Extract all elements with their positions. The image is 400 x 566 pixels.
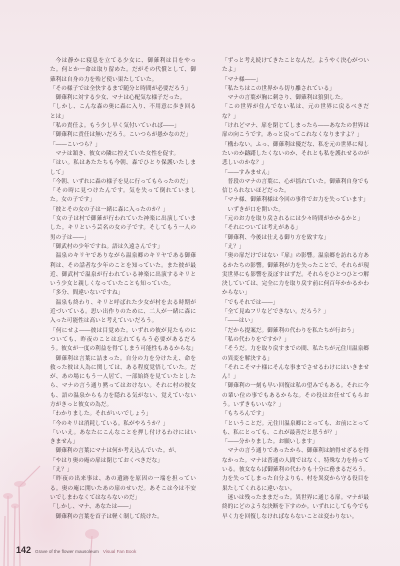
right-text-column: 「ずっと考え続けてきたことなんだ。ようやく決心がついたよ」「マナ様――」「私たち…: [222, 57, 369, 522]
paragraph: 「――すみません」: [222, 169, 369, 178]
paragraph: 「けれどマナ、扉を閉じてしまったら――あなたの世界は扉の向こうです。あっと戻って…: [222, 122, 369, 141]
paragraph: マナの言う通りであったから、御薙利は納得せざるを得なかった。マナは普通の人間では…: [222, 447, 369, 493]
paragraph: 「女の子は村で御薙が行われていた神楽に出演していました。キリという芸名の女の子で…: [50, 215, 196, 243]
paragraph: 「御薙利の一刻も早い回復は私の望みでもある。それに今の輩い位の事でもあるからな。…: [222, 382, 369, 410]
paragraph: 「いいえ。あなたにこんなことを押し付けるわけにはいきません」: [50, 429, 196, 448]
left-text-column: 今は静かに寝息を立てる少女に、御薙利は目をやった。何とか一命は取り留めた。だがそ…: [50, 57, 196, 522]
paragraph: 「ということだ。元住川温泉郷にとっても、お前にとっても、私にとっても、これが最善…: [222, 420, 369, 439]
paragraph: 「御武村の少年ですね。語は久遠さんです」: [50, 243, 196, 252]
paragraph: 「――はい」: [222, 317, 369, 326]
paragraph: 「――分かりました。お願いします」: [222, 438, 369, 447]
paragraph: 「え？」: [222, 243, 369, 252]
paragraph: 今は静かに寝息を立てる少女に、御薙利は目をやった。何とか一命は取り留めた。だがそ…: [50, 57, 196, 85]
paragraph: 「多分、間違いないですね」: [50, 289, 196, 298]
paragraph: 「だから提案だ。御薙利の代わりを私たちが行おう」: [222, 327, 369, 336]
paragraph: 「今のキリは消耗している。私がやろうか？」: [50, 420, 196, 429]
paragraph: 「御薙利に責任は無いだろう。こいつらが愚かなのだ」: [50, 131, 196, 140]
paragraph: 「しかし、マナ、あなたは――」: [50, 503, 196, 512]
paragraph: 「しかし、こんな森の奥に森に入り、不用意に歩き回るとは」: [50, 103, 196, 122]
paragraph: 普段のマナの言葉に、心が揺れていた。御薙利自身でも信じられないほどだった。: [222, 178, 369, 197]
paragraph: 温泉も終わり、キリと呼ばれた少女が村を去る時期が近づいている。思い出作りのために…: [50, 299, 196, 327]
paragraph: 「昨夜の出来事は、あの遺跡を原因の一端を担っている。奥の庵に開いたあの扉のせいだ…: [50, 475, 196, 503]
paragraph: 「やはり奥の庵の扉は閉じておくべきだな」: [50, 457, 196, 466]
paragraph: 「何にせよ――彼は目覚めた。いずれの彼が見たものについても、昨夜のことは忘れても…: [50, 327, 196, 355]
paragraph: 「全て見ぬフリなどできない。だろう？」: [222, 308, 369, 317]
paragraph: 「私の代わりをですか？」: [222, 336, 369, 345]
paragraph: 温泉のキリヤでありながら温泉郷のキリヤである御薙利は、その話者な少年のことを知っ…: [50, 252, 196, 289]
paragraph: 「マナ様――」: [222, 76, 369, 85]
paragraph: 「でもそれでは――」: [222, 299, 369, 308]
paragraph: 「この世界が住んでない私は、元の世界に戻るべきだな？」: [222, 103, 369, 122]
paragraph: 「奥の扉だけではない『扉』の影響。温泉郷を訪れる方あるかたちの影響。御薙利が力を…: [222, 252, 369, 298]
book-subtitle: Visual Fan Book: [103, 549, 136, 554]
paragraph: 「それこそマナ様にそんな事までさせるわけにはいきません！」: [222, 364, 369, 383]
paragraph: マナは頷き、彼女の隣に控えていた女性を促す。: [50, 150, 196, 159]
paragraph: 「私たちはこの世界から切り離されている」: [222, 85, 369, 94]
paragraph: 迷いは残ったままだった。異世界に通じる扉。マナが最終的にどのような決断を下すのか…: [222, 494, 369, 522]
paragraph: 御薙利の言葉を首子は軽く制して続けた。: [50, 513, 196, 522]
paragraph: 「私の責任よ。もう少し早く気付いていれば――」: [50, 122, 196, 131]
page-footer: 142 Grave of the flower mausoleum Visual…: [16, 545, 136, 555]
book-title: Grave of the flower mausoleum: [35, 549, 99, 554]
paragraph: 「構わない。ふっ、御薙利は優だな、私を元の世界に帰したいのか躊躇したくないのか、…: [222, 141, 369, 169]
paragraph: 「それについては考えがある」: [222, 224, 369, 233]
paragraph: 「もちろんです」: [222, 410, 369, 419]
paragraph: いずきが口を開いた。: [222, 206, 369, 215]
paragraph: 「その様子では全快するまで随分と時間が必要だろう」: [50, 85, 196, 94]
paragraph: 「はい。私はあたたちも今朝、森でひとり保護いたしまして」: [50, 159, 196, 178]
paragraph: 「わかりました。それがいいでしょう」: [50, 410, 196, 419]
paragraph: 「そうだ。力を取り戻すまでの間、私たちが元住川温泉郷の異変を解決する」: [222, 345, 369, 364]
paragraph: 「その時に見つけたんです。気を失って倒れていました。女の子です」: [50, 187, 196, 206]
paragraph: 御薙利の言葉にマナは何か考え込んでいた。が、: [50, 447, 196, 456]
paragraph: マナの言葉が胸に刺さり、御薙利は狼狽した。: [222, 94, 369, 103]
paragraph: 御薙利に対する少女、マナは心配気な様子だった。: [50, 94, 196, 103]
paragraph: 「御薙利、今後は仕える御り方を致すな」: [222, 234, 369, 243]
paragraph: 「え？」: [50, 466, 196, 475]
paragraph: 「今朝、いずれに森の様子を見に行ってもらったのだ」: [50, 178, 196, 187]
paragraph: 「元のお力を取り戻されるには少々時間がかかるかと」: [222, 215, 369, 224]
paragraph: 「彼とその女の子は一緒に森に入ったのか？」: [50, 206, 196, 215]
paragraph: 「――こいつら？」: [50, 141, 196, 150]
paragraph: 御薙利は言葉に詰まった。自分の力を分けたえ、命を救った彼は人為に関しては、ある程…: [50, 355, 196, 411]
page-number: 142: [16, 545, 31, 555]
paragraph: 「マナ様、御薙利様は今回の事件でお力を失っています」: [222, 196, 369, 205]
paragraph: 「ずっと考え続けてきたことなんだ。ようやく決心がついたよ」: [222, 57, 369, 76]
